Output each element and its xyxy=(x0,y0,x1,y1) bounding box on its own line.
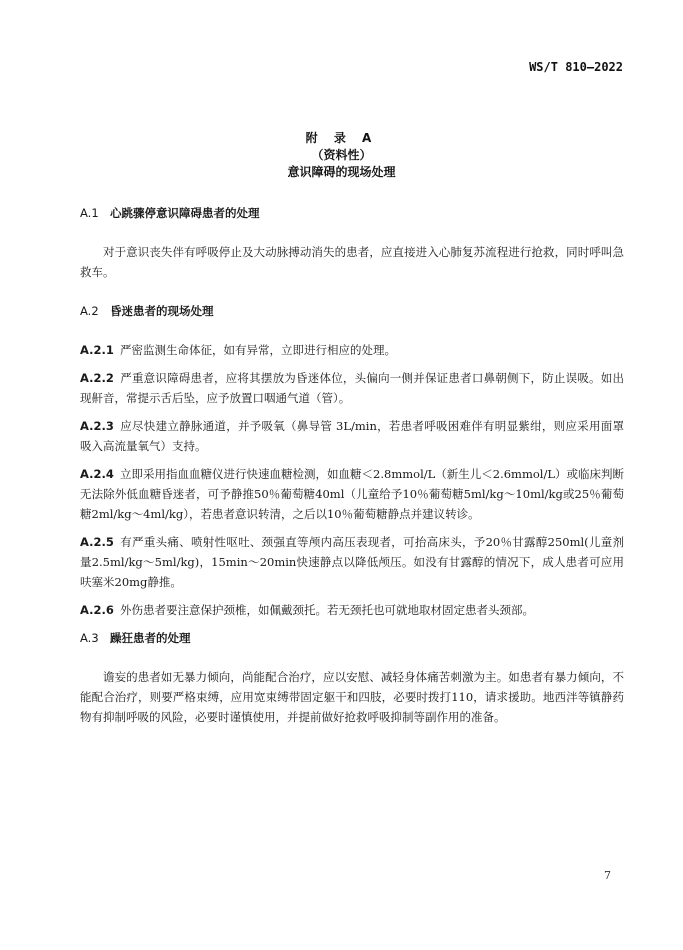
section-paragraph: 对于意识丧失伴有呼吸停止及大动脉搏动消失的患者，应直接进入心肺复苏流程进行抢救，… xyxy=(80,242,624,282)
section-number: A.2 xyxy=(80,301,110,321)
clause-number: A.2.1 xyxy=(80,340,120,360)
clause-text: 严密监测生命体征，如有异常，立即进行相应的处理。 xyxy=(120,343,396,357)
section-number: A.3 xyxy=(80,628,110,648)
clause-a2-5: A.2.5有严重头痛、喷射性呕吐、颈强直等颅内高压表现者，可抬高床头，予20％甘… xyxy=(80,532,624,592)
clause-a2-1: A.2.1严密监测生命体征，如有异常，立即进行相应的处理。 xyxy=(80,340,624,360)
document-page: WS/T 810—2022 附 录 A （资料性） 意识障碍的现场处理 A.1心… xyxy=(0,0,683,950)
appendix-subject: 意识障碍的现场处理 xyxy=(0,164,683,181)
section-paragraph: 谵妄的患者如无暴力倾向，尚能配合治疗，应以安慰、减轻身体痛苦刺激为主。如患者有暴… xyxy=(80,667,624,727)
clause-number: A.2.3 xyxy=(80,416,120,436)
appendix-header: 附 录 A （资料性） 意识障碍的现场处理 xyxy=(0,130,683,181)
section-title: 昏迷患者的现场处理 xyxy=(110,304,214,318)
clause-text: 立即采用指血血糖仪进行快速血糖检测，如血糖＜2.8mmol/L（新生儿＜2.6m… xyxy=(80,467,624,521)
page-number: 7 xyxy=(604,869,611,882)
section-title: 心跳骤停意识障碍患者的处理 xyxy=(110,206,260,220)
standard-code: WS/T 810—2022 xyxy=(529,60,623,74)
clause-a2-3: A.2.3应尽快建立静脉通道，并予吸氧（鼻导管 3L/min，若患者呼吸困难伴有… xyxy=(80,416,624,456)
section-number: A.1 xyxy=(80,203,110,223)
section-heading-a3: A.3躁狂患者的处理 xyxy=(80,628,624,648)
clause-text: 有严重头痛、喷射性呕吐、颈强直等颅内高压表现者，可抬高床头，予20％甘露醇250… xyxy=(80,535,624,589)
clause-text: 应尽快建立静脉通道，并予吸氧（鼻导管 3L/min，若患者呼吸困难伴有明显紫绀，… xyxy=(80,419,624,453)
clause-a2-2: A.2.2严重意识障碍患者，应将其摆放为昏迷体位，头偏向一侧并保证患者口鼻朝侧下… xyxy=(80,368,624,408)
section-title: 躁狂患者的处理 xyxy=(110,631,191,645)
clause-number: A.2.5 xyxy=(80,532,120,552)
appendix-nature: （资料性） xyxy=(0,147,683,164)
document-body: A.1心跳骤停意识障碍患者的处理 对于意识丧失伴有呼吸停止及大动脉搏动消失的患者… xyxy=(80,203,624,727)
clause-number: A.2.4 xyxy=(80,464,120,484)
clause-text: 外伤患者要注意保护颈椎，如佩戴颈托。若无颈托也可就地取材固定患者头颈部。 xyxy=(120,603,534,617)
section-heading-a2: A.2昏迷患者的现场处理 xyxy=(80,301,624,321)
clause-number: A.2.2 xyxy=(80,368,120,388)
clause-text: 严重意识障碍患者，应将其摆放为昏迷体位，头偏向一侧并保证患者口鼻朝侧下，防止误吸… xyxy=(80,371,624,405)
appendix-title: 附 录 A xyxy=(0,130,683,147)
clause-a2-4: A.2.4立即采用指血血糖仪进行快速血糖检测，如血糖＜2.8mmol/L（新生儿… xyxy=(80,464,624,524)
section-heading-a1: A.1心跳骤停意识障碍患者的处理 xyxy=(80,203,624,223)
clause-number: A.2.6 xyxy=(80,600,120,620)
clause-a2-6: A.2.6外伤患者要注意保护颈椎，如佩戴颈托。若无颈托也可就地取材固定患者头颈部… xyxy=(80,600,624,620)
